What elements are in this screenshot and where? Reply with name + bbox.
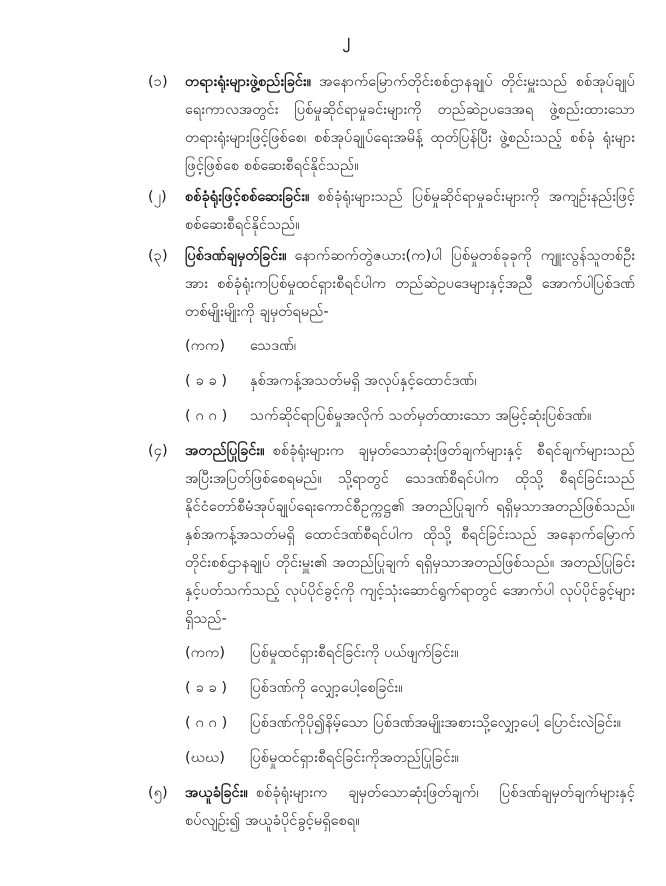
sub-item-number: (ဃဃ) xyxy=(185,744,250,772)
item-paragraph: တရားရုံးများဖွဲ့စည်းခြင်း။အနောက်မြောက်တိ… xyxy=(185,68,635,180)
item-number: (၃) xyxy=(148,242,185,326)
sub-item-number: (ကက) xyxy=(185,639,250,667)
list-item-2: (၂) စစ်ခုံရုံးဖြင့်စစ်ဆေးခြင်း။စစ်ခုံရုံ… xyxy=(0,183,666,239)
item-body-text: စစ်ခုံရုံးများက ချမှတ်သောဆုံးဖြတ်ချက်၊ ပ… xyxy=(185,785,635,829)
sub-item-number: ( ဂ ဂ ) xyxy=(185,402,250,430)
item-number: (၄) xyxy=(148,437,185,633)
item-paragraph: ပြစ်ဒဏ်ချမှတ်ခြင်း။နောက်ဆက်တွဲဇယား(က)ပါ … xyxy=(185,242,635,326)
page-number: ၂ xyxy=(0,30,666,50)
sub-list-item: ( ခ ခ ) ပြစ်ဒဏ်ကို လျှော့ပေါ့စေခြင်း။ xyxy=(0,674,666,702)
item-heading: ပြစ်ဒဏ်ချမှတ်ခြင်း။ xyxy=(185,248,287,264)
sub-list-item: (ကက) သေဒဏ်၊ xyxy=(0,332,666,360)
sub-item-text: သက်ဆိုင်ရာပြစ်မှုအလိုက် သတ်မှတ်ထားသော အမ… xyxy=(250,402,635,430)
sub-item-number: ( ဂ ဂ ) xyxy=(185,709,250,737)
sub-list-item: ( ခ ခ ) နှစ်အကန့်အသတ်မရှိ အလုပ်နှင့်ထောင… xyxy=(0,367,666,395)
sub-list-item: (ဃဃ) ပြစ်မှုထင်ရှားစီရင်ခြင်းကိုအတည်ပြုခ… xyxy=(0,744,666,772)
sub-list: (ကက) သေဒဏ်၊ ( ခ ခ ) နှစ်အကန့်အသတ်မရှိ အလ… xyxy=(0,332,666,430)
sub-item-number: ( ခ ခ ) xyxy=(185,367,250,395)
sub-list-item: ( ဂ ဂ ) ပြစ်ဒဏ်ကိုပို၍နိမ့်သော ပြစ်ဒဏ်အမ… xyxy=(0,709,666,737)
sub-item-text: နှစ်အကန့်အသတ်မရှိ အလုပ်နှင့်ထောင်ဒဏ်၊ xyxy=(250,367,635,395)
sub-list-item: (ကက) ပြစ်မှုထင်ရှားစီရင်ခြင်းကို ပယ်ဖျက်… xyxy=(0,639,666,667)
list-item-4: (၄) အတည်ပြုခြင်း။စစ်ခုံရုံးများက ချမှတ်သ… xyxy=(0,437,666,772)
document-content: (၁) တရားရုံးများဖွဲ့စည်းခြင်း။အနောက်မြော… xyxy=(0,68,666,835)
item-paragraph: အယူခံခြင်း။စစ်ခုံရုံးများက ချမှတ်သောဆုံး… xyxy=(185,779,635,835)
item-heading: တရားရုံးများဖွဲ့စည်းခြင်း။ xyxy=(185,74,311,90)
item-heading: စစ်ခုံရုံးဖြင့်စစ်ဆေးခြင်း။ xyxy=(185,189,309,205)
sub-list-item: ( ဂ ဂ ) သက်ဆိုင်ရာပြစ်မှုအလိုက် သတ်မှတ်ထ… xyxy=(0,402,666,430)
list-item-3: (၃) ပြစ်ဒဏ်ချမှတ်ခြင်း။နောက်ဆက်တွဲဇယား(က… xyxy=(0,242,666,430)
sub-item-text: ပြစ်မှုထင်ရှားစီရင်ခြင်းကို ပယ်ဖျက်ခြင်း… xyxy=(250,639,635,667)
list-item-1: (၁) တရားရုံးများဖွဲ့စည်းခြင်း။အနောက်မြော… xyxy=(0,68,666,180)
item-body-text: စစ်ခုံရုံးများက ချမှတ်သောဆုံးဖြတ်ချက်မျာ… xyxy=(185,443,635,627)
item-paragraph: အတည်ပြုခြင်း။စစ်ခုံရုံးများက ချမှတ်သောဆု… xyxy=(185,437,635,633)
sub-item-text: ပြစ်မှုထင်ရှားစီရင်ခြင်းကိုအတည်ပြုခြင်း။ xyxy=(250,744,635,772)
sub-item-text: ပြစ်ဒဏ်ကို လျှော့ပေါ့စေခြင်း။ xyxy=(250,674,635,702)
sub-item-number: (ကက) xyxy=(185,332,250,360)
sub-item-number: ( ခ ခ ) xyxy=(185,674,250,702)
sub-list: (ကက) ပြစ်မှုထင်ရှားစီရင်ခြင်းကို ပယ်ဖျက်… xyxy=(0,639,666,772)
sub-item-text: သေဒဏ်၊ xyxy=(250,332,635,360)
item-number: (၂) xyxy=(148,183,185,239)
item-paragraph: စစ်ခုံရုံးဖြင့်စစ်ဆေးခြင်း။စစ်ခုံရုံးမျာ… xyxy=(185,183,635,239)
sub-item-text: ပြစ်ဒဏ်ကိုပို၍နိမ့်သော ပြစ်ဒဏ်အမျိုးအစား… xyxy=(250,709,635,737)
item-heading: အတည်ပြုခြင်း။ xyxy=(185,443,265,459)
item-heading: အယူခံခြင်း။ xyxy=(185,785,248,801)
item-number: (၅) xyxy=(148,779,185,835)
document-page: ၂ (၁) တရားရုံးများဖွဲ့စည်းခြင်း။အနောက်မြ… xyxy=(0,0,666,886)
item-number: (၁) xyxy=(148,68,185,180)
list-item-5: (၅) အယူခံခြင်း။စစ်ခုံရုံးများက ချမှတ်သော… xyxy=(0,779,666,835)
